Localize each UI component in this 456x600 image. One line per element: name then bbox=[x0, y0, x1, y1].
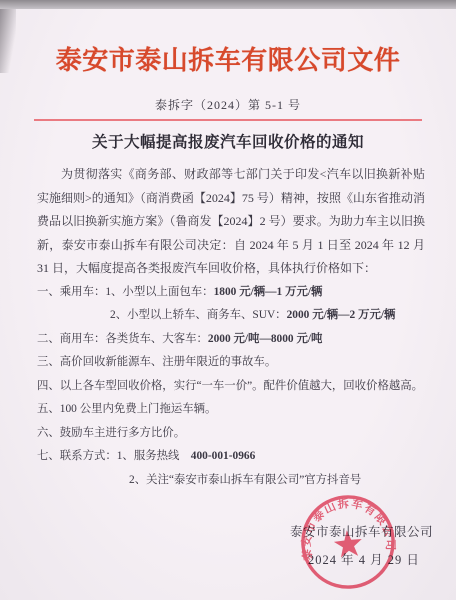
document-page: 泰安市泰山拆车有限公司文件 泰拆字（2024）第 5-1 号 关于大幅提高报废汽… bbox=[0, 9, 456, 600]
notice-item: 七、联系方式：1、服务热线 400-001-0966 bbox=[37, 445, 425, 469]
star-icon bbox=[333, 529, 364, 558]
notice-item: 四、以上各车型回收价格，实行“一车一价”。配件价值越大，回收价格越高。 bbox=[37, 375, 425, 399]
red-divider bbox=[34, 119, 422, 121]
notice-body: 为贯彻落实《商务部、财政部等七部门关于印发<汽车以旧换新补贴实施细则>的通知》（… bbox=[37, 163, 425, 492]
notice-items: 一、乘用车：1、小型以上面包车：1800 元/辆—1 万元/辆2、小型以上轿车、… bbox=[37, 281, 425, 493]
document-photo: 泰安市泰山拆车有限公司文件 泰拆字（2024）第 5-1 号 关于大幅提高报废汽… bbox=[0, 0, 456, 600]
company-header-title: 泰安市泰山拆车有限公司文件 bbox=[0, 40, 456, 77]
notice-paragraph: 为贯彻落实《商务部、财政部等七部门关于印发<汽车以旧换新补贴实施细则>的通知》（… bbox=[37, 163, 425, 281]
photo-top-edge bbox=[0, 0, 456, 9]
notice-title: 关于大幅提高报废汽车回收价格的通知 bbox=[0, 130, 456, 152]
doc-number: 泰拆字（2024）第 5-1 号 bbox=[0, 96, 456, 113]
company-seal: 泰安市泰山拆车有限公司 bbox=[294, 488, 402, 596]
notice-item: 二、商用车：各类货车、大客车：2000 元/吨—8000 元/吨 bbox=[37, 328, 425, 352]
notice-item: 一、乘用车：1、小型以上面包车：1800 元/辆—1 万元/辆 bbox=[37, 281, 425, 305]
notice-item: 六、鼓励车主进行多方比价。 bbox=[37, 422, 425, 446]
notice-item: 2、关注“泰安市泰山拆车有限公司”官方抖音号 bbox=[37, 469, 425, 493]
notice-item: 2、小型以上轿车、商务车、SUV：2000 元/辆—2 万元/辆 bbox=[37, 304, 425, 328]
notice-item: 三、高价回收新能源车、注册年限近的事故车。 bbox=[37, 351, 425, 375]
notice-item: 五、100 公里内免费上门拖运车辆。 bbox=[37, 398, 425, 422]
